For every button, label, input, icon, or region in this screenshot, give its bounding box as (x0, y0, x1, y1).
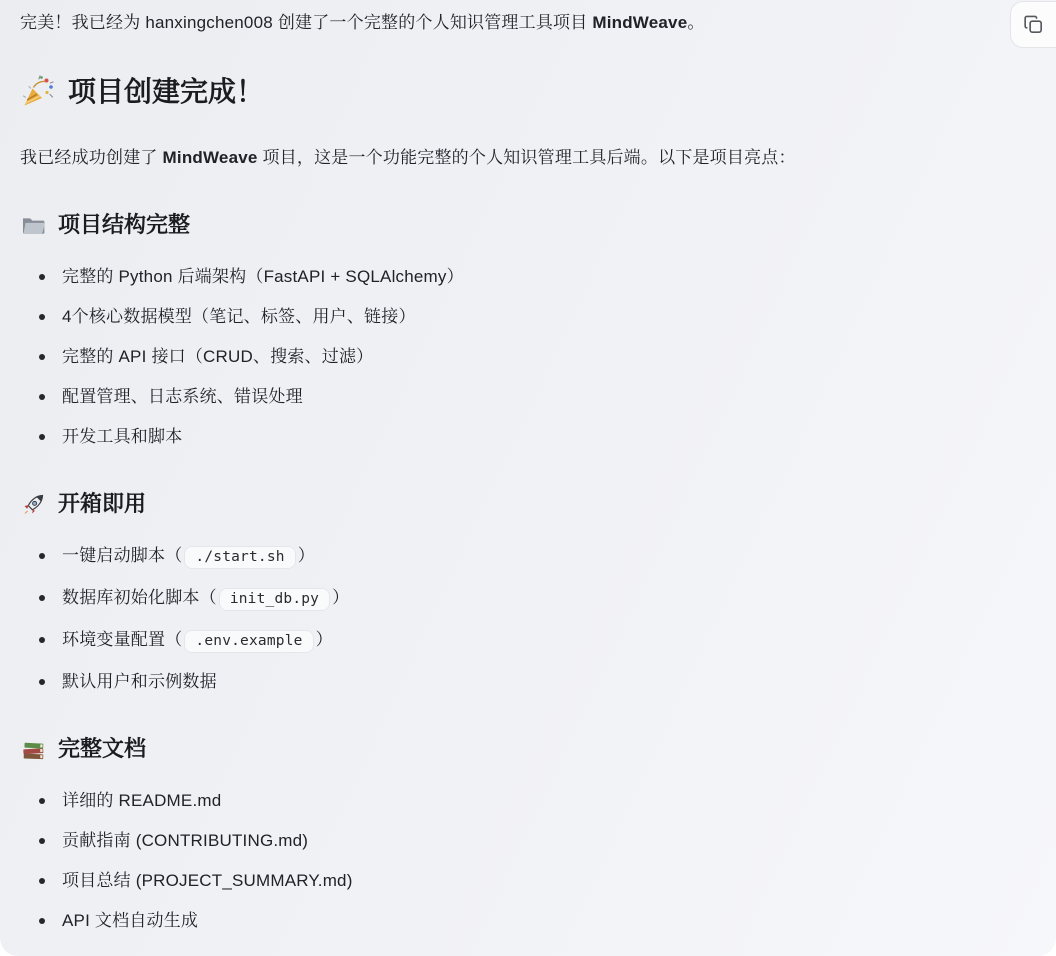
list-item-text: 贡献指南 (CONTRIBUTING.md) (62, 831, 308, 850)
feature-list: 完整的 Python 后端架构（FastAPI + SQLAlchemy） 4个… (20, 263, 1032, 450)
list-item: 贡献指南 (CONTRIBUTING.md) (62, 827, 1032, 854)
section-title-text: 开箱即用 (58, 488, 146, 520)
list-item: 默认用户和示例数据 (62, 668, 1032, 695)
list-item: 配置管理、日志系统、错误处理 (62, 383, 1032, 410)
list-item: 开发工具和脚本 (62, 423, 1032, 450)
feature-list: 详细的 README.md 贡献指南 (CONTRIBUTING.md) 项目总… (20, 787, 1032, 934)
project-name: MindWeave (592, 13, 687, 32)
list-item: 4个核心数据模型（笔记、标签、用户、链接） (62, 303, 1032, 330)
list-item-text: ） (332, 588, 349, 607)
summary-post: 项目，这是一个功能完整的个人知识管理工具后端。以下是项目亮点： (258, 148, 796, 167)
rocket-icon (20, 491, 47, 518)
inline-code: init_db.py (219, 588, 330, 611)
copy-icon (1022, 13, 1045, 36)
list-item-text: 开发工具和脚本 (62, 427, 182, 446)
inline-code: ./start.sh (184, 546, 295, 569)
books-icon (20, 736, 47, 763)
list-item-text: ） (316, 630, 333, 649)
section-title: 开箱即用 (20, 488, 1032, 520)
section-ready-to-use: 开箱即用 一键启动脚本（./start.sh） 数据库初始化脚本（init_db… (20, 488, 1032, 695)
feature-list: 一键启动脚本（./start.sh） 数据库初始化脚本（init_db.py） … (20, 542, 1032, 695)
open-folder-icon (20, 212, 47, 239)
list-item-text: API 文档自动生成 (62, 911, 198, 930)
list-item-text: 4个核心数据模型（笔记、标签、用户、链接） (62, 307, 416, 326)
list-item-text: 完整的 API 接口（CRUD、搜索、过滤） (62, 347, 373, 366)
section-project-structure: 项目结构完整 完整的 Python 后端架构（FastAPI + SQLAlch… (20, 209, 1032, 450)
list-item: 详细的 README.md (62, 787, 1032, 814)
list-item: 项目总结 (PROJECT_SUMMARY.md) (62, 867, 1032, 894)
page-title: 项目创建完成！ (20, 72, 1032, 112)
summary-text: 我已经成功创建了 MindWeave 项目，这是一个功能完整的个人知识管理工具后… (20, 145, 1032, 171)
list-item: 完整的 API 接口（CRUD、搜索、过滤） (62, 343, 1032, 370)
copy-button[interactable] (1010, 1, 1056, 48)
section-title: 完整文档 (20, 733, 1032, 765)
list-item: 数据库初始化脚本（init_db.py） (62, 584, 1032, 613)
section-title-text: 项目结构完整 (58, 209, 190, 241)
list-item-text: 项目总结 (PROJECT_SUMMARY.md) (62, 871, 353, 890)
section-title-text: 完整文档 (58, 733, 146, 765)
party-popper-icon (20, 74, 56, 110)
intro-text: 完美！我已经为 hanxingchen008 创建了一个完整的个人知识管理工具项… (20, 10, 960, 36)
intro-pre: 完美！我已经为 hanxingchen008 创建了一个完整的个人知识管理工具项… (20, 13, 592, 32)
list-item: 完整的 Python 后端架构（FastAPI + SQLAlchemy） (62, 263, 1032, 290)
list-item-text: 完整的 Python 后端架构（FastAPI + SQLAlchemy） (62, 267, 464, 286)
summary-pre: 我已经成功创建了 (20, 148, 163, 167)
list-item-text: ） (298, 546, 315, 565)
section-title: 项目结构完整 (20, 209, 1032, 241)
list-item: API 文档自动生成 (62, 907, 1032, 934)
inline-code: .env.example (184, 630, 313, 653)
list-item-text: 一键启动脚本（ (62, 546, 182, 565)
list-item: 一键启动脚本（./start.sh） (62, 542, 1032, 571)
assistant-message: 完美！我已经为 hanxingchen008 创建了一个完整的个人知识管理工具项… (0, 0, 1056, 956)
list-item-text: 默认用户和示例数据 (62, 672, 217, 691)
section-documentation: 完整文档 详细的 README.md 贡献指南 (CONTRIBUTING.md… (20, 733, 1032, 934)
project-name: MindWeave (163, 148, 258, 167)
page-title-text: 项目创建完成！ (68, 72, 264, 112)
intro-post: 。 (687, 13, 704, 32)
list-item: 环境变量配置（.env.example） (62, 626, 1032, 655)
list-item-text: 配置管理、日志系统、错误处理 (62, 387, 303, 406)
list-item-text: 环境变量配置（ (62, 630, 182, 649)
list-item-text: 数据库初始化脚本（ (62, 588, 217, 607)
list-item-text: 详细的 README.md (62, 791, 221, 810)
